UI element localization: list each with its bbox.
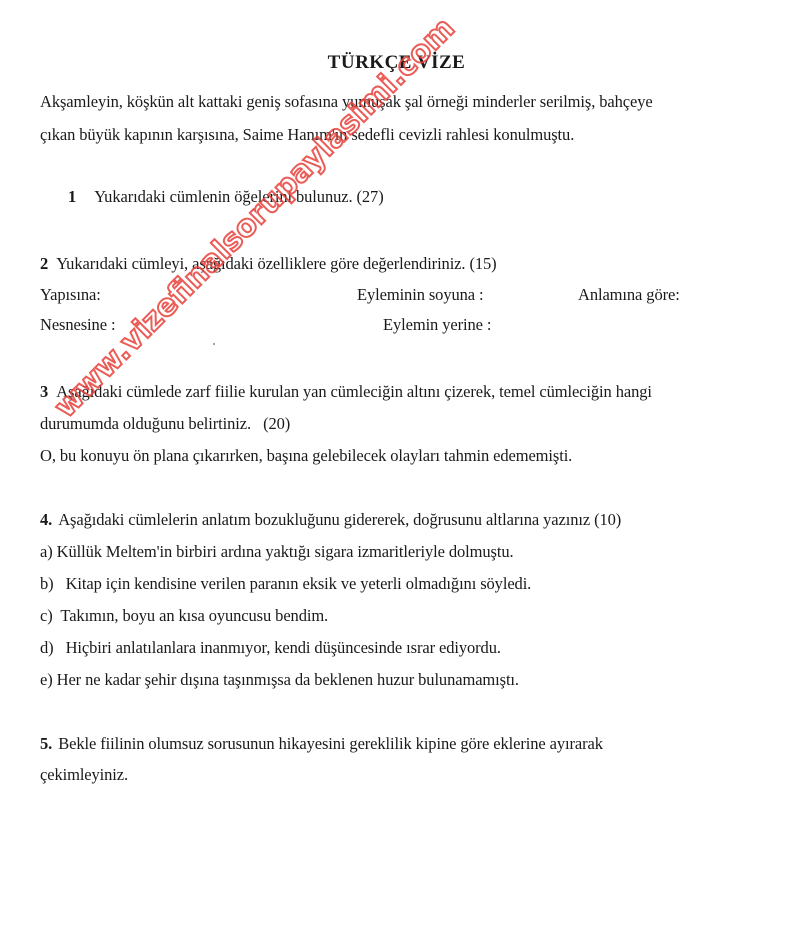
question-5-text-line-1: Bekle fiilinin olumsuz sorusunun hikayes… [58, 734, 603, 753]
field-anlamina-gore: Anlamına göre: [578, 285, 680, 305]
question-4-number: 4. [40, 510, 52, 529]
question-2-number: 2 [40, 254, 48, 273]
question-5: 5. Bekle fiilinin olumsuz sorusunun hika… [40, 734, 603, 754]
question-1: 1 Yukarıdaki cümlenin öğelerini bulunuz.… [68, 187, 384, 207]
question-3: 3 Aşağıdaki cümlede zarf fiilie kurulan … [40, 382, 652, 402]
question-3-sentence: O, bu konuyu ön plana çıkarırken, başına… [40, 446, 572, 466]
scan-speck [213, 343, 215, 345]
question-4-item-c: c) Takımın, boyu an kısa oyuncusu bendim… [40, 606, 328, 626]
question-4-item-e: e) Her ne kadar şehir dışına taşınmışsa … [40, 670, 519, 690]
question-1-number: 1 [68, 187, 76, 206]
question-5-number: 5. [40, 734, 52, 753]
question-4-item-a: a) Küllük Meltem'in birbiri ardına yaktı… [40, 542, 514, 562]
question-3-text-line-2: durumumda olduğunu belirtiniz. (20) [40, 414, 290, 434]
question-2-text: Yukarıdaki cümleyi, aşağıdaki özellikler… [56, 254, 496, 273]
question-4-item-d: d) Hiçbiri anlatılanlara inanmıyor, kend… [40, 638, 501, 658]
question-3-number: 3 [40, 382, 48, 401]
passage-line-1: Akşamleyin, köşkün alt kattaki geniş sof… [40, 92, 653, 112]
field-eyleminin-soyuna: Eyleminin soyuna : [357, 285, 484, 305]
question-4-text: Aşağıdaki cümlelerin anlatım bozukluğunu… [58, 510, 621, 529]
page-title: TÜRKÇE VİZE [0, 52, 793, 74]
question-5-text-line-2: çekimleyiniz. [40, 765, 128, 785]
field-nesnesine: Nesnesine : [40, 315, 115, 335]
question-4: 4. Aşağıdaki cümlelerin anlatım bozukluğ… [40, 510, 621, 530]
field-eylemin-yerine: Eylemin yerine : [383, 315, 491, 335]
question-2: 2 Yukarıdaki cümleyi, aşağıdaki özellikl… [40, 254, 497, 274]
passage-line-2: çıkan büyük kapının karşısına, Saime Han… [40, 125, 574, 145]
question-3-text-line-1: Aşağıdaki cümlede zarf fiilie kurulan ya… [56, 382, 652, 401]
question-1-text: Yukarıdaki cümlenin öğelerini bulunuz. (… [94, 187, 383, 206]
question-4-item-b: b) Kitap için kendisine verilen paranın … [40, 574, 531, 594]
field-yapisina: Yapısına: [40, 285, 101, 305]
